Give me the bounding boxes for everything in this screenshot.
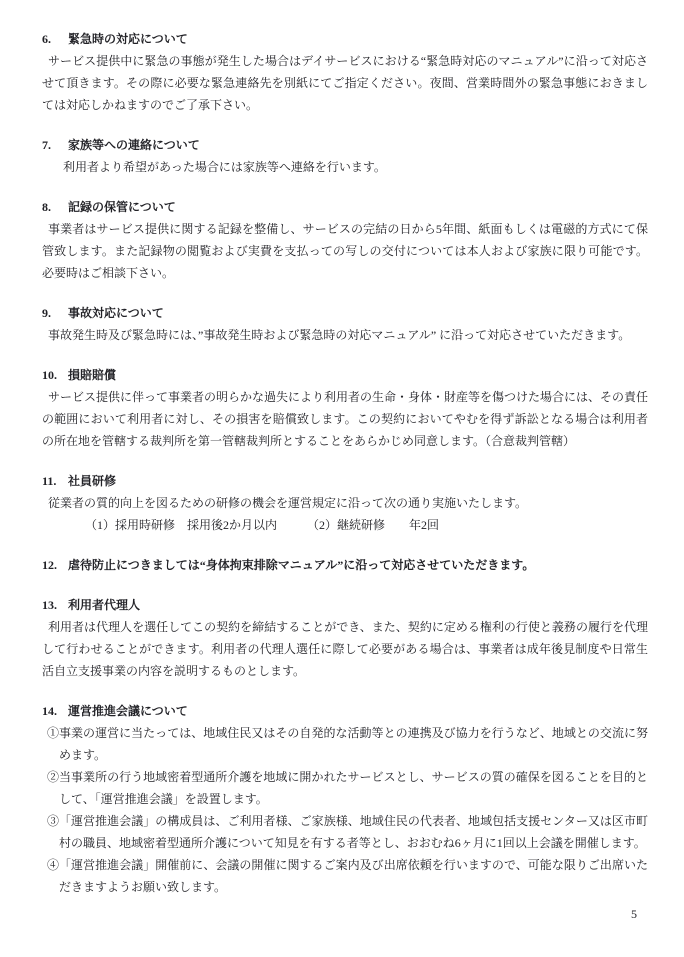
section-record-keeping: 8. 記録の保管について 事業者はサービス提供に関する記録を整備し、サービスの完… <box>42 196 648 284</box>
section-emergency-response: 6. 緊急時の対応について サービス提供中に緊急の事態が発生した場合はデイサービ… <box>42 28 648 116</box>
section-title: 利用者代理人 <box>68 594 648 616</box>
list-item: ④「運営推進会議」開催前に、会議の開催に関するご案内及び出席依頼を行いますので、… <box>47 854 648 898</box>
section-paragraph: 利用者より希望があった場合には家族等へ連絡を行います。 <box>42 156 648 178</box>
section-heading: 12. 虐待防止につきましては“身体拘束排除マニュアル”に沿って対応させていただ… <box>42 554 648 576</box>
section-number: 12. <box>42 554 68 576</box>
section-heading: 6. 緊急時の対応について <box>42 28 648 50</box>
section-paragraph: 利用者は代理人を選任してこの契約を締結することができ、また、契約に定める権利の行… <box>42 616 648 682</box>
section-number: 14. <box>42 700 68 722</box>
section-number: 11. <box>42 470 68 492</box>
section-title: 事故対応について <box>68 302 648 324</box>
section-staff-training: 11. 社員研修 従業者の質的向上を図るための研修の機会を運営規定に沿って次の通… <box>42 470 648 536</box>
section-paragraph: サービス提供中に緊急の事態が発生した場合はデイサービスにおける“緊急時対応のマニ… <box>42 50 648 116</box>
section-number: 9. <box>42 302 68 324</box>
section-abuse-prevention: 12. 虐待防止につきましては“身体拘束排除マニュアル”に沿って対応させていただ… <box>42 554 648 576</box>
council-items-list: ①事業の運営に当たっては、地域住民又はその自発的な活動等との連携及び協力を行うな… <box>47 722 648 898</box>
section-paragraph: サービス提供に伴って事業者の明らかな過失により利用者の生命・身体・財産等を傷つけ… <box>42 386 648 452</box>
section-heading: 8. 記録の保管について <box>42 196 648 218</box>
document-page: 6. 緊急時の対応について サービス提供中に緊急の事態が発生した場合はデイサービ… <box>0 0 684 957</box>
page-number: 5 <box>631 907 637 921</box>
section-heading: 7. 家族等への連絡について <box>42 134 648 156</box>
section-number: 13. <box>42 594 68 616</box>
section-number: 6. <box>42 28 68 50</box>
section-title: 虐待防止につきましては“身体拘束排除マニュアル”に沿って対応させていただきます。 <box>68 554 648 576</box>
list-item: ③「運営推進会議」の構成員は、ご利用者様、ご家族様、地域住民の代表者、地域包括支… <box>47 810 648 854</box>
section-title: 緊急時の対応について <box>68 28 648 50</box>
section-user-representative: 13. 利用者代理人 利用者は代理人を選任してこの契約を締結することができ、また… <box>42 594 648 682</box>
section-title: 運営推進会議について <box>68 700 648 722</box>
section-paragraph: 事業者はサービス提供に関する記録を整備し、サービスの完結の日から5年間、紙面もし… <box>42 218 648 284</box>
section-heading: 10. 損賠賠償 <box>42 364 648 386</box>
section-management-council: 14. 運営推進会議について ①事業の運営に当たっては、地域住民又はその自発的な… <box>42 700 648 898</box>
section-paragraph: 従業者の質的向上を図るための研修の機会を運営規定に沿って次の通り実施いたします。 <box>42 492 648 514</box>
section-damage-compensation: 10. 損賠賠償 サービス提供に伴って事業者の明らかな過失により利用者の生命・身… <box>42 364 648 452</box>
section-number: 7. <box>42 134 68 156</box>
section-heading: 13. 利用者代理人 <box>42 594 648 616</box>
section-title: 記録の保管について <box>68 196 648 218</box>
section-heading: 11. 社員研修 <box>42 470 648 492</box>
section-heading: 14. 運営推進会議について <box>42 700 648 722</box>
section-title: 損賠賠償 <box>68 364 648 386</box>
list-item: ①事業の運営に当たっては、地域住民又はその自発的な活動等との連携及び協力を行うな… <box>47 722 648 766</box>
section-paragraph: 事故発生時及び緊急時には、”事故発生時および緊急時の対応マニュアル” に沿って対… <box>42 324 648 346</box>
section-number: 8. <box>42 196 68 218</box>
section-title: 社員研修 <box>68 470 648 492</box>
list-item: ②当事業所の行う地域密着型通所介護を地域に開かれたサービスとし、サービスの質の確… <box>47 766 648 810</box>
section-heading: 9. 事故対応について <box>42 302 648 324</box>
section-title: 家族等への連絡について <box>68 134 648 156</box>
training-schedule-line: （1）採用時研修 採用後2か月以内 （2）継続研修 年2回 <box>42 514 648 536</box>
section-family-contact: 7. 家族等への連絡について 利用者より希望があった場合には家族等へ連絡を行いま… <box>42 134 648 178</box>
section-accident-response: 9. 事故対応について 事故発生時及び緊急時には、”事故発生時および緊急時の対応… <box>42 302 648 346</box>
section-number: 10. <box>42 364 68 386</box>
